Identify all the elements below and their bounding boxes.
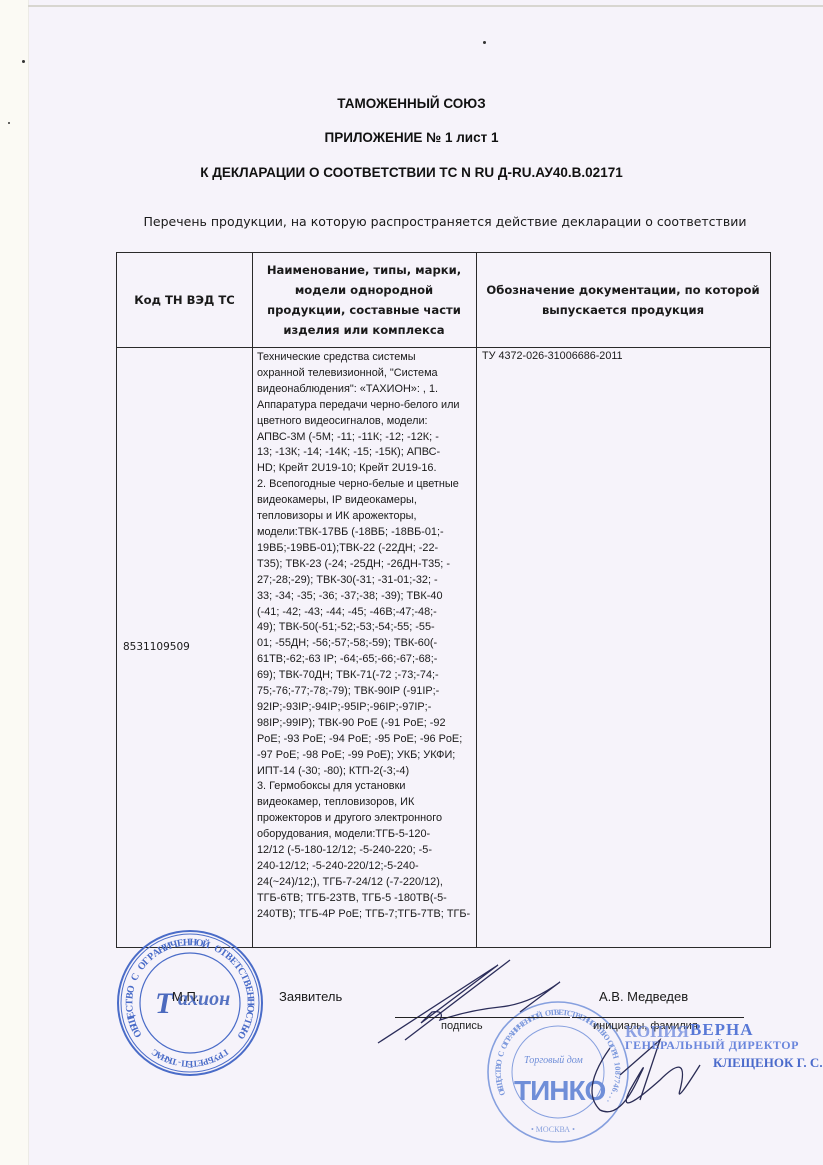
svg-text:• МОСКВА •: • МОСКВА • <box>531 1125 575 1134</box>
applicant-label: Заявитель <box>279 989 342 1004</box>
seal-placeholder-label: М.П. <box>172 989 199 1004</box>
copy-stamp-line2: ГЕНЕРАЛЬНЫЙ ДИРЕКТОР <box>625 1038 799 1053</box>
company-seal-left-icon <box>0 0 262 1075</box>
svg-text:С: С <box>496 1050 506 1058</box>
signature-caption: подпись <box>441 1020 483 1032</box>
svg-text:.: . <box>605 1099 614 1105</box>
svg-text:О: О <box>494 1059 504 1067</box>
svg-text:Й: Й <box>201 938 212 952</box>
svg-text:Торговый дом: Торговый дом <box>524 1055 583 1066</box>
applicant-name: А.В. Медведев <box>599 989 688 1004</box>
copy-stamp-line1: ВЕРНА <box>690 1020 754 1040</box>
copy-stamp-line3: КЛЕЩЕНОК Г. С. <box>713 1055 823 1071</box>
svg-text:Н: Н <box>610 1051 621 1060</box>
svg-text:Й: Й <box>535 1010 544 1021</box>
svg-text:О: О <box>125 984 138 994</box>
signature-line <box>395 1017 570 1018</box>
stamps-and-signatures: Т ахион Торговый дом ТИНКО • МОСКВА • ОБ… <box>0 0 823 1165</box>
svg-text:С: С <box>129 972 142 983</box>
name-line <box>572 1017 744 1018</box>
